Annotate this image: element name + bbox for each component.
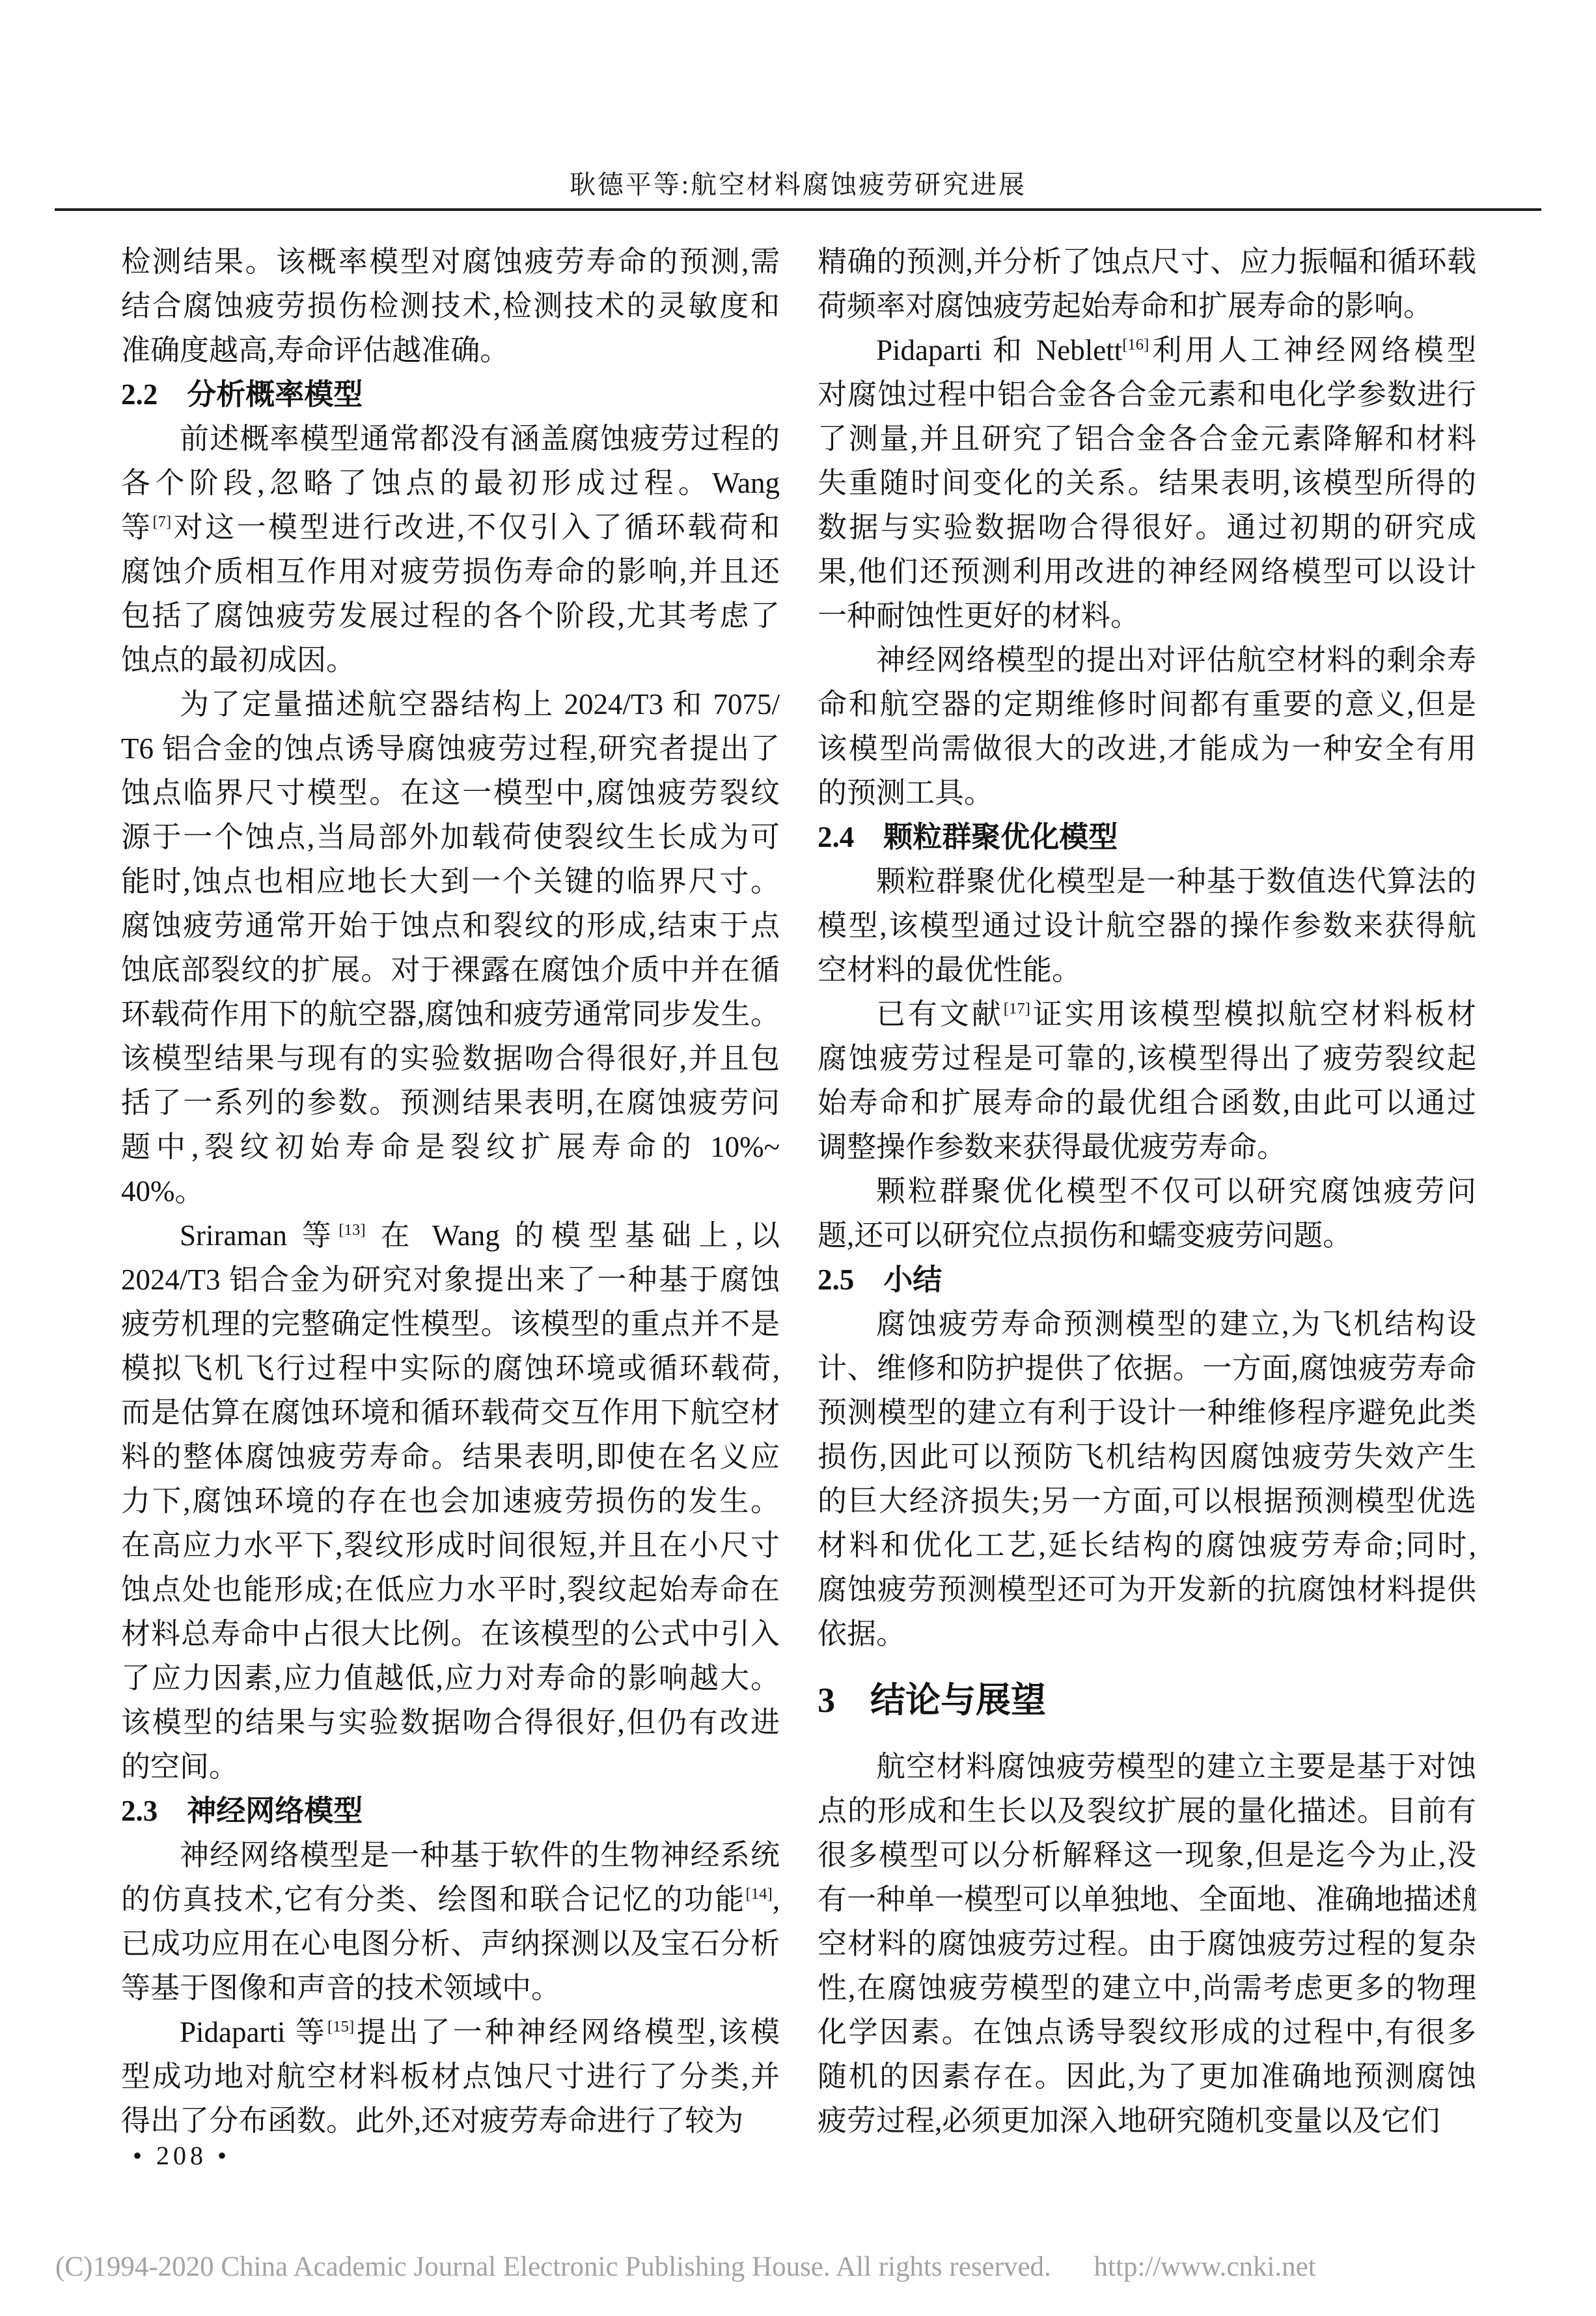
paragraph: 为了定量描述航空器结构上 2024/T3 和 7075/T6 铝合金的蚀点诱导腐… bbox=[121, 682, 780, 1213]
text-line: 命和航空器的定期维修时间都有重要的意义,但是 bbox=[818, 682, 1476, 726]
text-line: 而是估算在腐蚀环境和循环载荷交互作用下航空材 bbox=[121, 1390, 780, 1435]
text-line: 腐蚀疲劳预测模型还可为开发新的抗腐蚀材料提供 bbox=[818, 1567, 1476, 1612]
text-line: 腐蚀疲劳过程是可靠的,该模型得出了疲劳裂纹起 bbox=[818, 1036, 1476, 1081]
left-text-column: 检测结果。该概率模型对腐蚀疲劳寿命的预测,需结合腐蚀疲劳损伤检测技术,检测技术的… bbox=[121, 240, 780, 2143]
citation-ref: [16] bbox=[1122, 336, 1149, 353]
text-line: 为了定量描述航空器结构上 2024/T3 和 7075/ bbox=[121, 682, 780, 726]
text-line: 点的形成和生长以及裂纹扩展的量化描述。目前有 bbox=[818, 1789, 1476, 1833]
text-line: 航空材料腐蚀疲劳模型的建立主要是基于对蚀 bbox=[818, 1744, 1476, 1789]
text-line: 数据与实验数据吻合得很好。通过初期的研究成 bbox=[818, 505, 1476, 549]
section-heading: 2.5 小结 bbox=[818, 1258, 1476, 1302]
paragraph: 颗粒群聚优化模型是一种基于数值迭代算法的模型,该模型通过设计航空器的操作参数来获… bbox=[818, 859, 1476, 992]
paragraph: 检测结果。该概率模型对腐蚀疲劳寿命的预测,需结合腐蚀疲劳损伤检测技术,检测技术的… bbox=[121, 240, 780, 372]
text-line: 该模型的结果与实验数据吻合得很好,但仍有改进 bbox=[121, 1700, 780, 1744]
paragraph: 神经网络模型是一种基于软件的生物神经系统的仿真技术,它有分类、绘图和联合记忆的功… bbox=[121, 1833, 780, 2010]
text-line: 材料和优化工艺,延长结构的腐蚀疲劳寿命;同时, bbox=[818, 1523, 1476, 1567]
paragraph: Pidaparti 等[15]提出了一种神经网络模型,该模型成功地对航空材料板材… bbox=[121, 2010, 780, 2143]
text-line: 对腐蚀过程中铝合金各合金元素和电化学参数进行 bbox=[818, 372, 1476, 417]
paragraph: 精确的预测,并分析了蚀点尺寸、应力振幅和循环载荷频率对腐蚀疲劳起始寿命和扩展寿命… bbox=[818, 240, 1476, 328]
text-line: 能时,蚀点也相应地长大到一个关键的临界尺寸。 bbox=[121, 859, 780, 903]
text-line: 料的整体腐蚀疲劳寿命。结果表明,即使在名义应 bbox=[121, 1435, 780, 1479]
footer-url: http://www.cnki.net bbox=[1094, 2252, 1316, 2282]
text-line: 了测量,并且研究了铝合金各合金元素降解和材料 bbox=[818, 417, 1476, 461]
section-heading: 2.3 神经网络模型 bbox=[121, 1789, 780, 1833]
right-text-column: 精确的预测,并分析了蚀点尺寸、应力振幅和循环载荷频率对腐蚀疲劳起始寿命和扩展寿命… bbox=[818, 240, 1476, 2143]
text-line: 已成功应用在心电图分析、声纳探测以及宝石分析 bbox=[121, 1922, 780, 1966]
text-line: 很多模型可以分析解释这一现象,但是迄今为止,没 bbox=[818, 1833, 1476, 1877]
text-line: 颗粒群聚优化模型不仅可以研究腐蚀疲劳问 bbox=[818, 1169, 1476, 1213]
text-line: 计、维修和防护提供了依据。一方面,腐蚀疲劳寿命 bbox=[818, 1346, 1476, 1390]
text-line: 空材料的最优性能。 bbox=[818, 948, 1476, 992]
text-line: 随机的因素存在。因此,为了更加准确地预测腐蚀 bbox=[818, 2054, 1476, 2099]
text-line: 的巨大经济损失;另一方面,可以根据预测模型优选 bbox=[818, 1479, 1476, 1523]
text-line: 损伤,因此可以预防飞机结构因腐蚀疲劳失效产生 bbox=[818, 1435, 1476, 1479]
text-line: 前述概率模型通常都没有涵盖腐蚀疲劳过程的 bbox=[121, 417, 780, 461]
text-line: 调整操作参数来获得最优疲劳寿命。 bbox=[818, 1125, 1476, 1169]
text-line: 括了一系列的参数。预测结果表明,在腐蚀疲劳问 bbox=[121, 1081, 780, 1125]
footer: (C)1994-2020 China Academic Journal Elec… bbox=[55, 2251, 1552, 2283]
text-line: 源于一个蚀点,当局部外加载荷使裂纹生长成为可 bbox=[121, 815, 780, 859]
paragraph: 颗粒群聚优化模型不仅可以研究腐蚀疲劳问题,还可以研究位点损伤和蠕变疲劳问题。 bbox=[818, 1169, 1476, 1258]
text-line: 包括了腐蚀疲劳发展过程的各个阶段,尤其考虑了 bbox=[121, 594, 780, 638]
text-line: 模型,该模型通过设计航空器的操作参数来获得航 bbox=[818, 903, 1476, 948]
text-line: 腐蚀介质相互作用对疲劳损伤寿命的影响,并且还 bbox=[121, 549, 780, 594]
text-line: 2024/T3 铝合金为研究对象提出来了一种基于腐蚀 bbox=[121, 1258, 780, 1302]
text-line: 环载荷作用下的航空器,腐蚀和疲劳通常同步发生。 bbox=[121, 992, 780, 1036]
paragraph: 腐蚀疲劳寿命预测模型的建立,为飞机结构设计、维修和防护提供了依据。一方面,腐蚀疲… bbox=[818, 1302, 1476, 1656]
text-line: 腐蚀疲劳寿命预测模型的建立,为飞机结构设 bbox=[818, 1302, 1476, 1346]
text-line: 性,在腐蚀疲劳模型的建立中,尚需考虑更多的物理 bbox=[818, 1966, 1476, 2010]
paragraph: 前述概率模型通常都没有涵盖腐蚀疲劳过程的各个阶段,忽略了蚀点的最初形成过程。Wa… bbox=[121, 417, 780, 682]
text-line: 该模型尚需做很大的改进,才能成为一种安全有用 bbox=[818, 726, 1476, 771]
text-line: 神经网络模型的提出对评估航空材料的剩余寿 bbox=[818, 638, 1476, 682]
section-heading: 2.2 分析概率模型 bbox=[121, 372, 780, 417]
text-line: 得出了分布函数。此外,还对疲劳寿命进行了较为 bbox=[121, 2099, 780, 2143]
section-heading: 2.4 颗粒群聚优化模型 bbox=[818, 815, 1476, 859]
text-line: 腐蚀疲劳通常开始于蚀点和裂纹的形成,结束于点 bbox=[121, 903, 780, 948]
text-line: 题,还可以研究位点损伤和蠕变疲劳问题。 bbox=[818, 1213, 1476, 1258]
text-line: 等基于图像和声音的技术领域中。 bbox=[121, 1966, 780, 2010]
text-line: 40%。 bbox=[121, 1169, 780, 1213]
footer-copyright: (C)1994-2020 China Academic Journal Elec… bbox=[55, 2252, 1051, 2282]
text-line: 的仿真技术,它有分类、绘图和联合记忆的功能[14], bbox=[121, 1877, 780, 1922]
paragraph: 航空材料腐蚀疲劳模型的建立主要是基于对蚀点的形成和生长以及裂纹扩展的量化描述。目… bbox=[818, 1744, 1476, 2143]
text-line: 了应力因素,应力值越低,应力对寿命的影响越大。 bbox=[121, 1656, 780, 1700]
text-line: 依据。 bbox=[818, 1612, 1476, 1656]
text-line: 模拟飞机飞行过程中实际的腐蚀环境或循环载荷, bbox=[121, 1346, 780, 1390]
text-line: 疲劳机理的完整确定性模型。该模型的重点并不是 bbox=[121, 1302, 780, 1346]
running-head-title: 耿德平等:航空材料腐蚀疲劳研究进展 bbox=[0, 164, 1596, 201]
text-line: 神经网络模型是一种基于软件的生物神经系统 bbox=[121, 1833, 780, 1877]
text-line: 结合腐蚀疲劳损伤检测技术,检测技术的灵敏度和 bbox=[121, 284, 780, 328]
text-line: 失重随时间变化的关系。结果表明,该模型所得的 bbox=[818, 461, 1476, 505]
citation-ref: [7] bbox=[152, 513, 171, 531]
text-line: 荷频率对腐蚀疲劳起始寿命和扩展寿命的影响。 bbox=[818, 284, 1476, 328]
text-line: 蚀点处也能形成;在低应力水平时,裂纹起始寿命在 bbox=[121, 1567, 780, 1612]
text-line: 果,他们还预测利用改进的神经网络模型可以设计 bbox=[818, 549, 1476, 594]
text-line: 有一种单一模型可以单独地、全面地、准确地描述航 bbox=[818, 1877, 1476, 1922]
text-line: Sriraman 等[13] 在 Wang 的模型基础上,以 bbox=[121, 1213, 780, 1258]
text-line: 各个阶段,忽略了蚀点的最初形成过程。Wang bbox=[121, 461, 780, 505]
page-number: • 208 • bbox=[133, 2140, 230, 2171]
text-line: 始寿命和扩展寿命的最优组合函数,由此可以通过 bbox=[818, 1081, 1476, 1125]
header-rule bbox=[55, 208, 1541, 211]
text-line: 型成功地对航空材料板材点蚀尺寸进行了分类,并 bbox=[121, 2054, 780, 2099]
text-line: 该模型结果与现有的实验数据吻合得很好,并且包 bbox=[121, 1036, 780, 1081]
text-line: 已有文献[17]证实用该模型模拟航空材料板材 bbox=[818, 992, 1476, 1036]
paragraph: 神经网络模型的提出对评估航空材料的剩余寿命和航空器的定期维修时间都有重要的意义,… bbox=[818, 638, 1476, 815]
text-line: 颗粒群聚优化模型是一种基于数值迭代算法的 bbox=[818, 859, 1476, 903]
text-line: 检测结果。该概率模型对腐蚀疲劳寿命的预测,需 bbox=[121, 240, 780, 284]
text-line: 蚀点临界尺寸模型。在这一模型中,腐蚀疲劳裂纹 bbox=[121, 771, 780, 815]
journal-page: 耿德平等:航空材料腐蚀疲劳研究进展 检测结果。该概率模型对腐蚀疲劳寿命的预测,需… bbox=[0, 0, 1596, 2316]
text-line: 的预测工具。 bbox=[818, 771, 1476, 815]
text-line: Pidaparti 和 Neblett[16]利用人工神经网络模型 bbox=[818, 328, 1476, 372]
text-line: 精确的预测,并分析了蚀点尺寸、应力振幅和循环载 bbox=[818, 240, 1476, 284]
paragraph: Pidaparti 和 Neblett[16]利用人工神经网络模型对腐蚀过程中铝… bbox=[818, 328, 1476, 638]
text-line: 蚀点的最初成因。 bbox=[121, 638, 780, 682]
section-heading: 3 结论与展望 bbox=[818, 1656, 1476, 1744]
text-line: 一种耐蚀性更好的材料。 bbox=[818, 594, 1476, 638]
paragraph: 已有文献[17]证实用该模型模拟航空材料板材腐蚀疲劳过程是可靠的,该模型得出了疲… bbox=[818, 992, 1476, 1169]
text-line: 疲劳过程,必须更加深入地研究随机变量以及它们 bbox=[818, 2099, 1476, 2143]
text-line: Pidaparti 等[15]提出了一种神经网络模型,该模 bbox=[121, 2010, 780, 2054]
citation-ref: [13] bbox=[338, 1221, 365, 1239]
text-line: 化学因素。在蚀点诱导裂纹形成的过程中,有很多 bbox=[818, 2010, 1476, 2054]
text-line: 的空间。 bbox=[121, 1744, 780, 1789]
text-line: 准确度越高,寿命评估越准确。 bbox=[121, 328, 780, 372]
text-line: T6 铝合金的蚀点诱导腐蚀疲劳过程,研究者提出了 bbox=[121, 726, 780, 771]
text-line: 空材料的腐蚀疲劳过程。由于腐蚀疲劳过程的复杂 bbox=[818, 1922, 1476, 1966]
paragraph: Sriraman 等[13] 在 Wang 的模型基础上,以2024/T3 铝合… bbox=[121, 1213, 780, 1789]
text-line: 力下,腐蚀环境的存在也会加速疲劳损伤的发生。 bbox=[121, 1479, 780, 1523]
citation-ref: [14] bbox=[746, 1885, 773, 1903]
text-line: 题中,裂纹初始寿命是裂纹扩展寿命的 10%~ bbox=[121, 1125, 780, 1169]
text-line: 等[7]对这一模型进行改进,不仅引入了循环载荷和 bbox=[121, 505, 780, 549]
citation-ref: [17] bbox=[1004, 1000, 1030, 1017]
text-line: 蚀底部裂纹的扩展。对于裸露在腐蚀介质中并在循 bbox=[121, 948, 780, 992]
citation-ref: [15] bbox=[327, 2018, 354, 2035]
text-line: 材料总寿命中占很大比例。在该模型的公式中引入 bbox=[121, 1612, 780, 1656]
text-line: 在高应力水平下,裂纹形成时间很短,并且在小尺寸 bbox=[121, 1523, 780, 1567]
text-line: 预测模型的建立有利于设计一种维修程序避免此类 bbox=[818, 1390, 1476, 1435]
